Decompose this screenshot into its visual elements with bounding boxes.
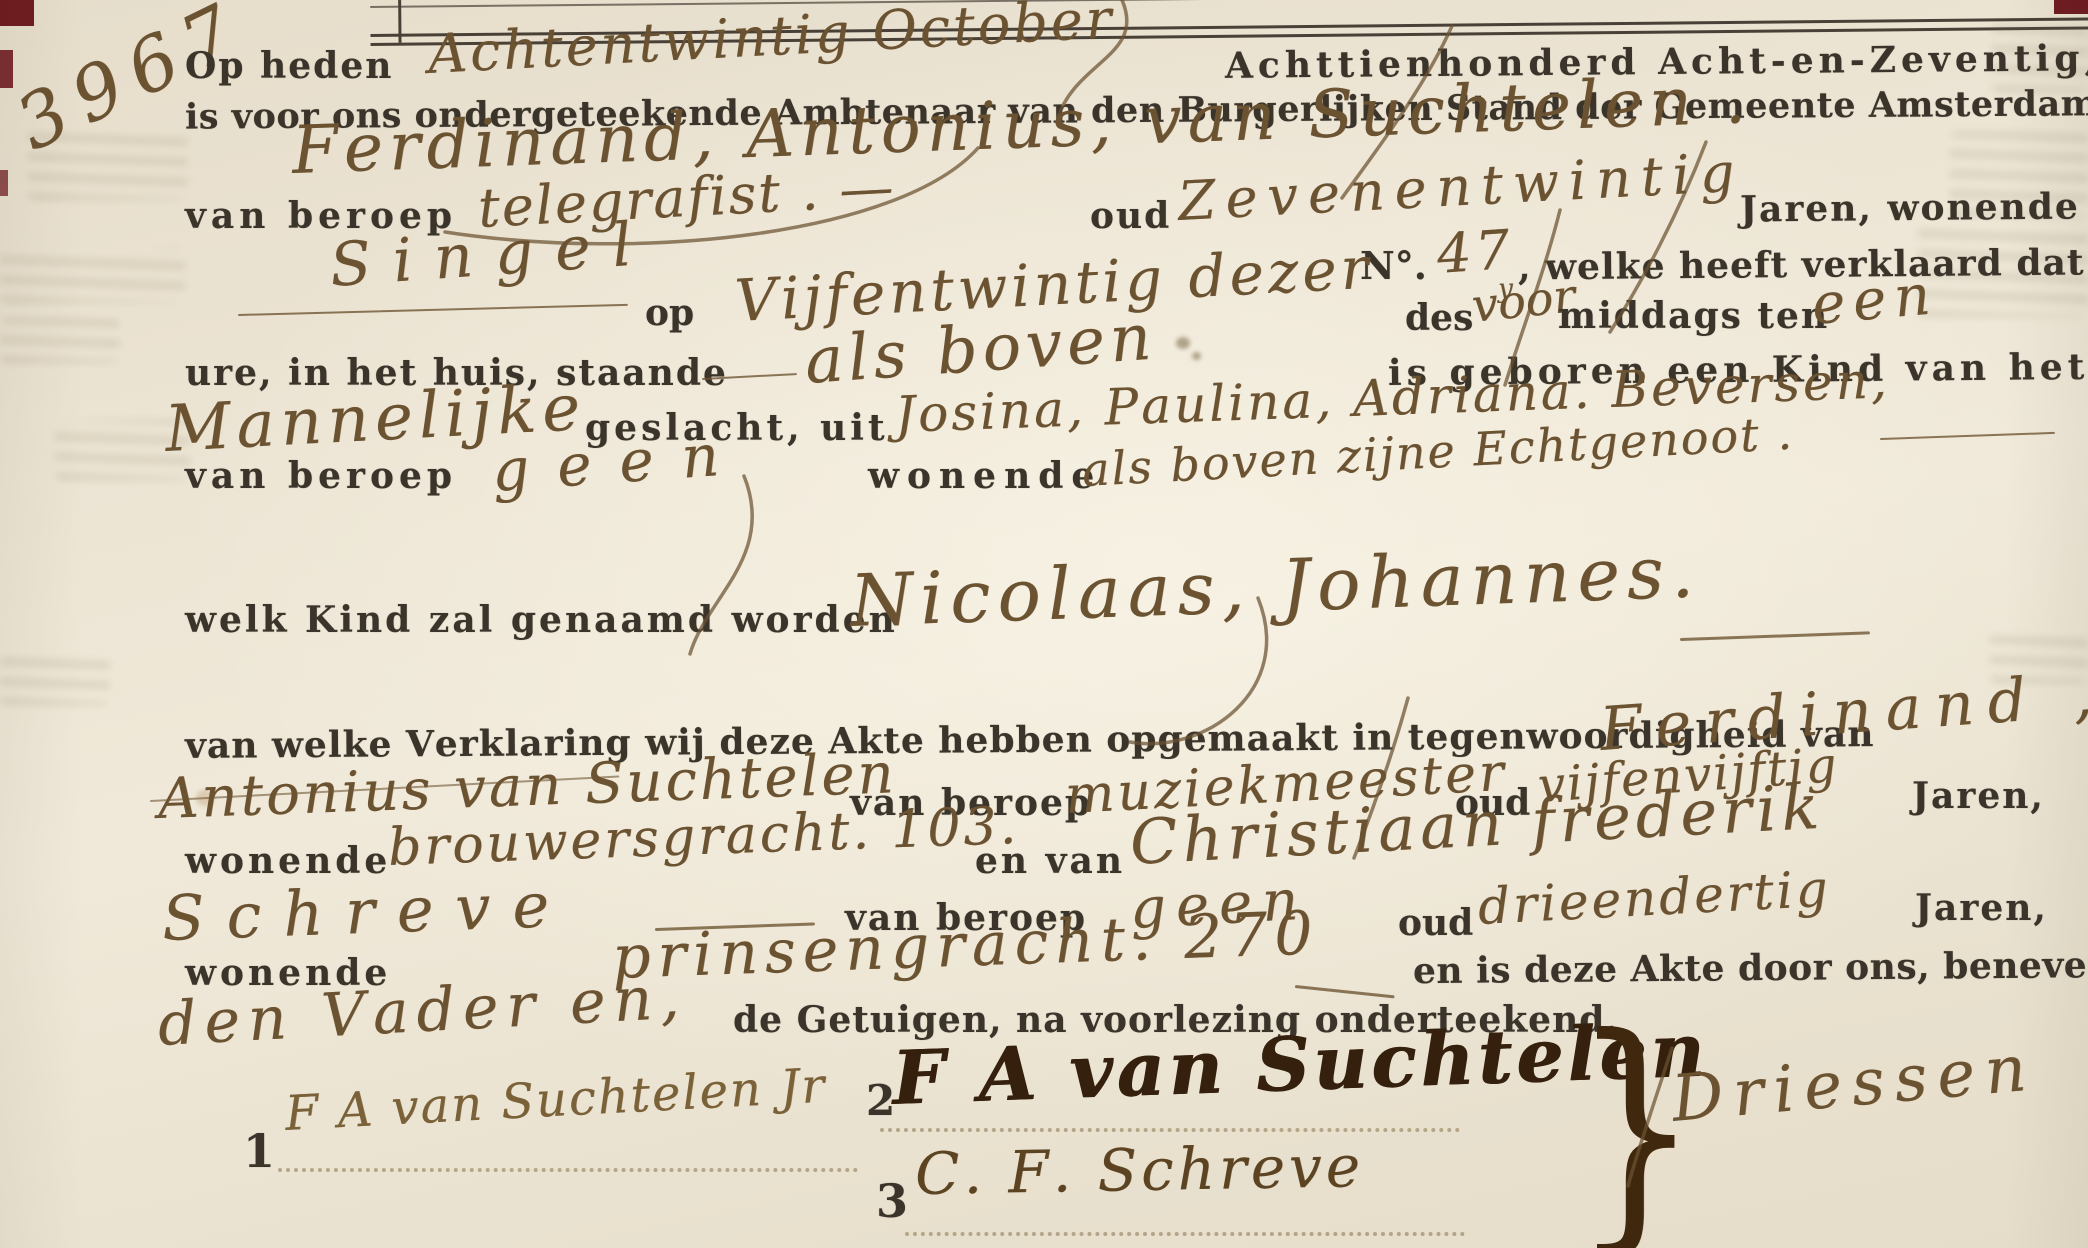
handwritten-declarant-age: Zevenentwintig [1177, 145, 1746, 229]
signature-line [880, 1128, 1460, 1132]
handwritten-witness1-name-part1: Ferdinand , [1598, 665, 2088, 760]
ink-rule [1680, 631, 1870, 641]
signature-registrar: Driessen [1669, 1036, 2038, 1132]
handwritten-witness2-age: drieendertig [1477, 864, 1832, 932]
red-edge-mark [0, 50, 13, 88]
bleedthrough [0, 655, 110, 705]
handwritten-witness2-name-part2: Schreve [161, 874, 572, 950]
red-edge-mark [0, 0, 34, 26]
signature-number-2: 2 [866, 1080, 895, 1122]
printed-op-heden: Op heden [185, 48, 393, 84]
printed-jaren: Jaren, [1915, 890, 2048, 926]
signature-witness2: C. F. Schreve [914, 1137, 1364, 1203]
printed-jaren: Jaren, [1912, 778, 2045, 814]
table-rule-vertical [398, 0, 401, 43]
handwritten-mother-occupation: geen [490, 424, 749, 500]
printed-van-beroep: van beroep [185, 458, 457, 494]
printed-welk-kind: welk Kind zal genaamd worden [185, 602, 898, 638]
printed-wonende: wonende [185, 843, 391, 879]
signature-declarant: F A van Suchtelen Jr [284, 1062, 828, 1138]
handwritten-witness2-address: prinsengracht. 270 [611, 903, 1320, 988]
printed-en-van: en van [975, 843, 1125, 879]
printed-op: op [645, 295, 694, 331]
ink-speck [1192, 352, 1201, 360]
printed-oud: oud [1398, 905, 1473, 941]
printed-middags-ten: middags ten [1558, 298, 1829, 334]
signature-line [278, 1168, 858, 1172]
ink-rule [1295, 985, 1395, 998]
birth-record-scan: 3967 Op heden Achtentwintig October Acht… [0, 0, 2088, 1248]
printed-des: des [1405, 300, 1473, 336]
printed-jaren-wonende: Jaren, wonende [1740, 189, 2080, 228]
printed-oud: oud [1090, 198, 1171, 234]
red-edge-mark [0, 170, 8, 196]
bleedthrough [0, 318, 120, 363]
ink-speck [1176, 337, 1190, 349]
printed-benevens: en is deze Akte door ons, benevens [1413, 947, 2088, 989]
handwritten-hour: een [1810, 267, 1941, 334]
signature-line [905, 1232, 1465, 1236]
ink-rule [238, 304, 628, 316]
printed-wonende: wonende [868, 458, 1102, 494]
signature-number-1: 1 [243, 1128, 275, 1174]
printed-welke: , welke heeft verklaard dat [1518, 245, 2085, 286]
bleedthrough [0, 248, 185, 303]
handwritten-child-name: Nicolaas, Johannes. [849, 535, 1702, 637]
ink-rule [1880, 432, 2055, 440]
signature-number-3: 3 [876, 1178, 908, 1224]
